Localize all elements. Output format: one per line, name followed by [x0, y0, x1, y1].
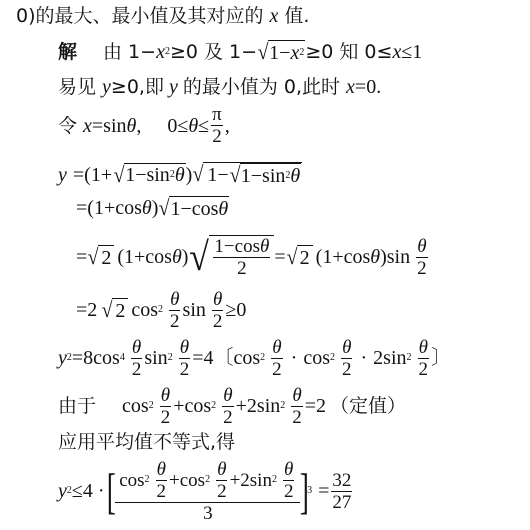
denominator: 2	[341, 359, 353, 380]
var-theta: θ	[290, 165, 300, 187]
numerator: θ	[212, 289, 223, 311]
denominator: 2	[179, 359, 191, 380]
numerator: θ	[291, 385, 302, 407]
text: )	[152, 196, 159, 220]
var-x: x	[346, 75, 355, 99]
text: cos	[122, 394, 149, 418]
denominator: 3	[202, 503, 214, 524]
numerator: 32	[331, 470, 352, 492]
text: =(1+	[73, 163, 112, 187]
text: 1−sin	[241, 165, 286, 187]
text: 易见	[58, 75, 96, 99]
text: 的最小值为 0,此时	[183, 75, 340, 99]
text: ≤1	[401, 40, 422, 64]
text: 〕	[431, 346, 451, 370]
var-theta: θ	[127, 114, 137, 138]
note-constant: （定值）	[330, 394, 406, 418]
fraction-theta-over-2: θ2	[179, 337, 191, 380]
radical-sign: √	[258, 40, 269, 64]
sqrt-expr: √ 1−cosθ	[158, 196, 229, 220]
text: ≤4 ·	[72, 479, 105, 503]
fraction-theta-over-2: θ2	[169, 289, 181, 332]
var-theta: θ	[188, 114, 198, 138]
text: 2sin	[373, 346, 406, 370]
numerator: θ	[179, 337, 190, 359]
fraction-theta-over-2: θ2	[222, 385, 234, 428]
radical-sign: √	[190, 235, 210, 279]
numerator: cos2 θ2 + cos2 θ2 + 2sin2 θ2	[115, 459, 300, 503]
text: ≥0,即	[111, 75, 164, 99]
fraction-pi-over-2: π 2	[211, 104, 223, 147]
text: (1+cos	[117, 245, 172, 269]
solution-label: 解	[58, 40, 77, 64]
var-x: x	[83, 114, 92, 138]
var-x: x	[270, 4, 279, 28]
radical-sign: √	[286, 245, 297, 269]
text: =	[76, 245, 87, 269]
apply-inequality-line: 应用平均值不等式,得	[58, 430, 235, 454]
right-bracket: ]	[300, 461, 309, 521]
am-gm-result: y2 ≤4 · [ cos2 θ2 + cos2 θ2 + 2sin2 θ2 3…	[58, 456, 354, 526]
text: ≥0 及 1−	[170, 40, 257, 64]
fraction-theta-over-2: θ2	[271, 337, 283, 380]
substitution-line: 令 x =sin θ , 0≤ θ ≤ π 2 ,	[58, 104, 230, 147]
equation-step-2: = √2 (1+cosθ) √ 1−cosθ 2 = √2 (1+cosθ)si…	[76, 232, 430, 282]
numerator: θ	[222, 385, 233, 407]
denominator: 2	[131, 359, 143, 380]
text: sin	[183, 298, 206, 322]
fraction-theta-over-2: θ2	[160, 385, 172, 428]
radical-sign: √	[88, 245, 99, 269]
text: cos	[303, 346, 330, 370]
text: 2	[297, 245, 313, 269]
text: 2sin	[247, 394, 280, 418]
equation-step-1: =(1+cosθ) √ 1−cosθ	[76, 196, 229, 220]
denominator: 2	[212, 311, 224, 332]
fraction-theta-over-2: θ2	[418, 337, 430, 380]
var-y: y	[58, 163, 67, 187]
fraction-theta-over-2: θ 2	[416, 236, 428, 279]
text: 1−cos	[170, 198, 218, 220]
text: 值.	[284, 4, 309, 28]
text: =(1+cos	[76, 196, 142, 220]
sqrt-fraction: √ 1−cosθ 2	[188, 235, 274, 279]
sqrt-expr-outer: √ 1− √ 1−sin2θ	[192, 162, 302, 187]
text: =2	[305, 394, 326, 418]
text: 0≤	[167, 114, 188, 138]
sqrt-expr: √ 1− x2	[257, 40, 305, 64]
fraction: 1−cosθ 2	[213, 236, 270, 279]
denominator: 2	[160, 407, 172, 428]
var-y: y	[58, 346, 67, 370]
radical-sign: √	[114, 163, 125, 187]
text: 1−sin	[125, 164, 170, 186]
denominator: 2	[222, 407, 234, 428]
numerator: θ	[341, 337, 352, 359]
sqrt-expr: √ 1−sin2θ	[113, 163, 186, 187]
text: ≥0	[225, 298, 246, 322]
text: ≥0 知 0≤	[305, 40, 392, 64]
text: 2	[98, 245, 114, 269]
numerator: θ	[271, 337, 282, 359]
denominator: 27	[331, 492, 352, 513]
text: cos	[184, 394, 211, 418]
numerator: 1−cosθ	[213, 236, 270, 258]
text: ·	[360, 346, 367, 370]
denominator: 2	[271, 359, 283, 380]
text: 1−	[269, 42, 290, 64]
radical-sign: √	[159, 196, 170, 220]
numerator: θ	[131, 337, 142, 359]
text: ≤	[198, 114, 209, 138]
text: ·	[291, 346, 298, 370]
fraction-theta-over-2: θ2	[131, 337, 143, 380]
var-theta: θ	[175, 164, 185, 186]
radical-sign: √	[229, 163, 240, 187]
var-x: x	[156, 40, 165, 64]
text: (1+cos	[316, 245, 371, 269]
var-x: x	[392, 40, 401, 64]
text: sin	[144, 346, 167, 370]
var-theta: θ	[172, 245, 182, 269]
var-theta: θ	[218, 198, 228, 220]
denominator: 2	[291, 407, 303, 428]
denominator: 2	[418, 359, 430, 380]
problem-statement-tail: 0)的最大、最小值及其对应的 x 值.	[16, 4, 309, 28]
text: +	[173, 394, 184, 418]
text: =0.	[355, 75, 381, 99]
numerator: θ	[416, 236, 427, 258]
var-theta: θ	[370, 245, 380, 269]
var-y: y	[169, 75, 178, 99]
constant-sum-line: 由于 cos2 θ2 + cos2 θ2 + 2sin2 θ2 =2 （定值）	[58, 381, 406, 431]
radical-sign: √	[193, 162, 204, 187]
text: 2	[112, 298, 128, 322]
solution-line-domain: 解 由 1− x2 ≥0 及 1− √ 1− x2 ≥0 知 0≤ x ≤1	[58, 40, 422, 64]
var-x: x	[290, 42, 299, 64]
fraction-theta-over-2: θ2	[341, 337, 353, 380]
radical-sign: √	[102, 298, 113, 322]
text: =2	[76, 298, 97, 322]
solution-line-min: 易见 y ≥0,即 y 的最小值为 0,此时 x =0.	[58, 75, 381, 99]
denominator: 2	[236, 258, 248, 279]
equation-y-def: y =(1+ √ 1−sin2θ ) √ 1− √ 1−sin2θ	[58, 162, 302, 187]
numerator: θ	[160, 385, 171, 407]
text: 由 1−	[103, 40, 156, 64]
sqrt-2: √2	[101, 298, 128, 322]
equation-step-3: =2 √2 cos2 θ2 sin θ2 ≥0	[76, 285, 246, 335]
equation-y-squared: y2 =8cos4 θ2 sin2 θ2 =4〔cos2 θ2 · cos2 θ…	[58, 333, 451, 383]
denominator: 2	[169, 311, 181, 332]
fraction-mean: cos2 θ2 + cos2 θ2 + 2sin2 θ2 3	[115, 459, 300, 524]
denominator: 2	[416, 258, 428, 279]
fraction-theta-over-2: θ2	[212, 289, 224, 332]
text: 应用平均值不等式,得	[58, 430, 235, 454]
text: )	[186, 163, 193, 187]
var-theta: θ	[142, 196, 152, 220]
text: =8cos	[72, 346, 120, 370]
var-y: y	[58, 479, 67, 503]
left-bracket: [	[106, 461, 115, 521]
text: +	[236, 394, 247, 418]
var-y: y	[102, 75, 111, 99]
text: )sin	[380, 245, 410, 269]
denominator: 2	[211, 126, 223, 147]
sqrt-expr-inner: √ 1−sin2θ	[229, 163, 302, 187]
numerator: π	[211, 104, 223, 126]
text: 0)的最大、最小值及其对应的	[16, 4, 264, 28]
fraction-theta-over-2: θ2	[291, 385, 303, 428]
sqrt-2: √2	[286, 245, 313, 269]
text: 由于	[58, 394, 96, 418]
numerator: θ	[169, 289, 180, 311]
text: =	[318, 479, 329, 503]
text: 令	[58, 114, 77, 138]
text: =	[274, 245, 285, 269]
text: =4〔cos	[192, 346, 260, 370]
text: ,	[136, 114, 141, 138]
text: cos	[131, 298, 158, 322]
fraction-result: 3227	[331, 470, 352, 513]
sqrt-2: √2	[87, 245, 114, 269]
text: )	[182, 245, 189, 269]
text: =sin	[92, 114, 127, 138]
text: ,	[225, 114, 230, 138]
text: 1−	[207, 164, 228, 186]
numerator: θ	[418, 337, 429, 359]
